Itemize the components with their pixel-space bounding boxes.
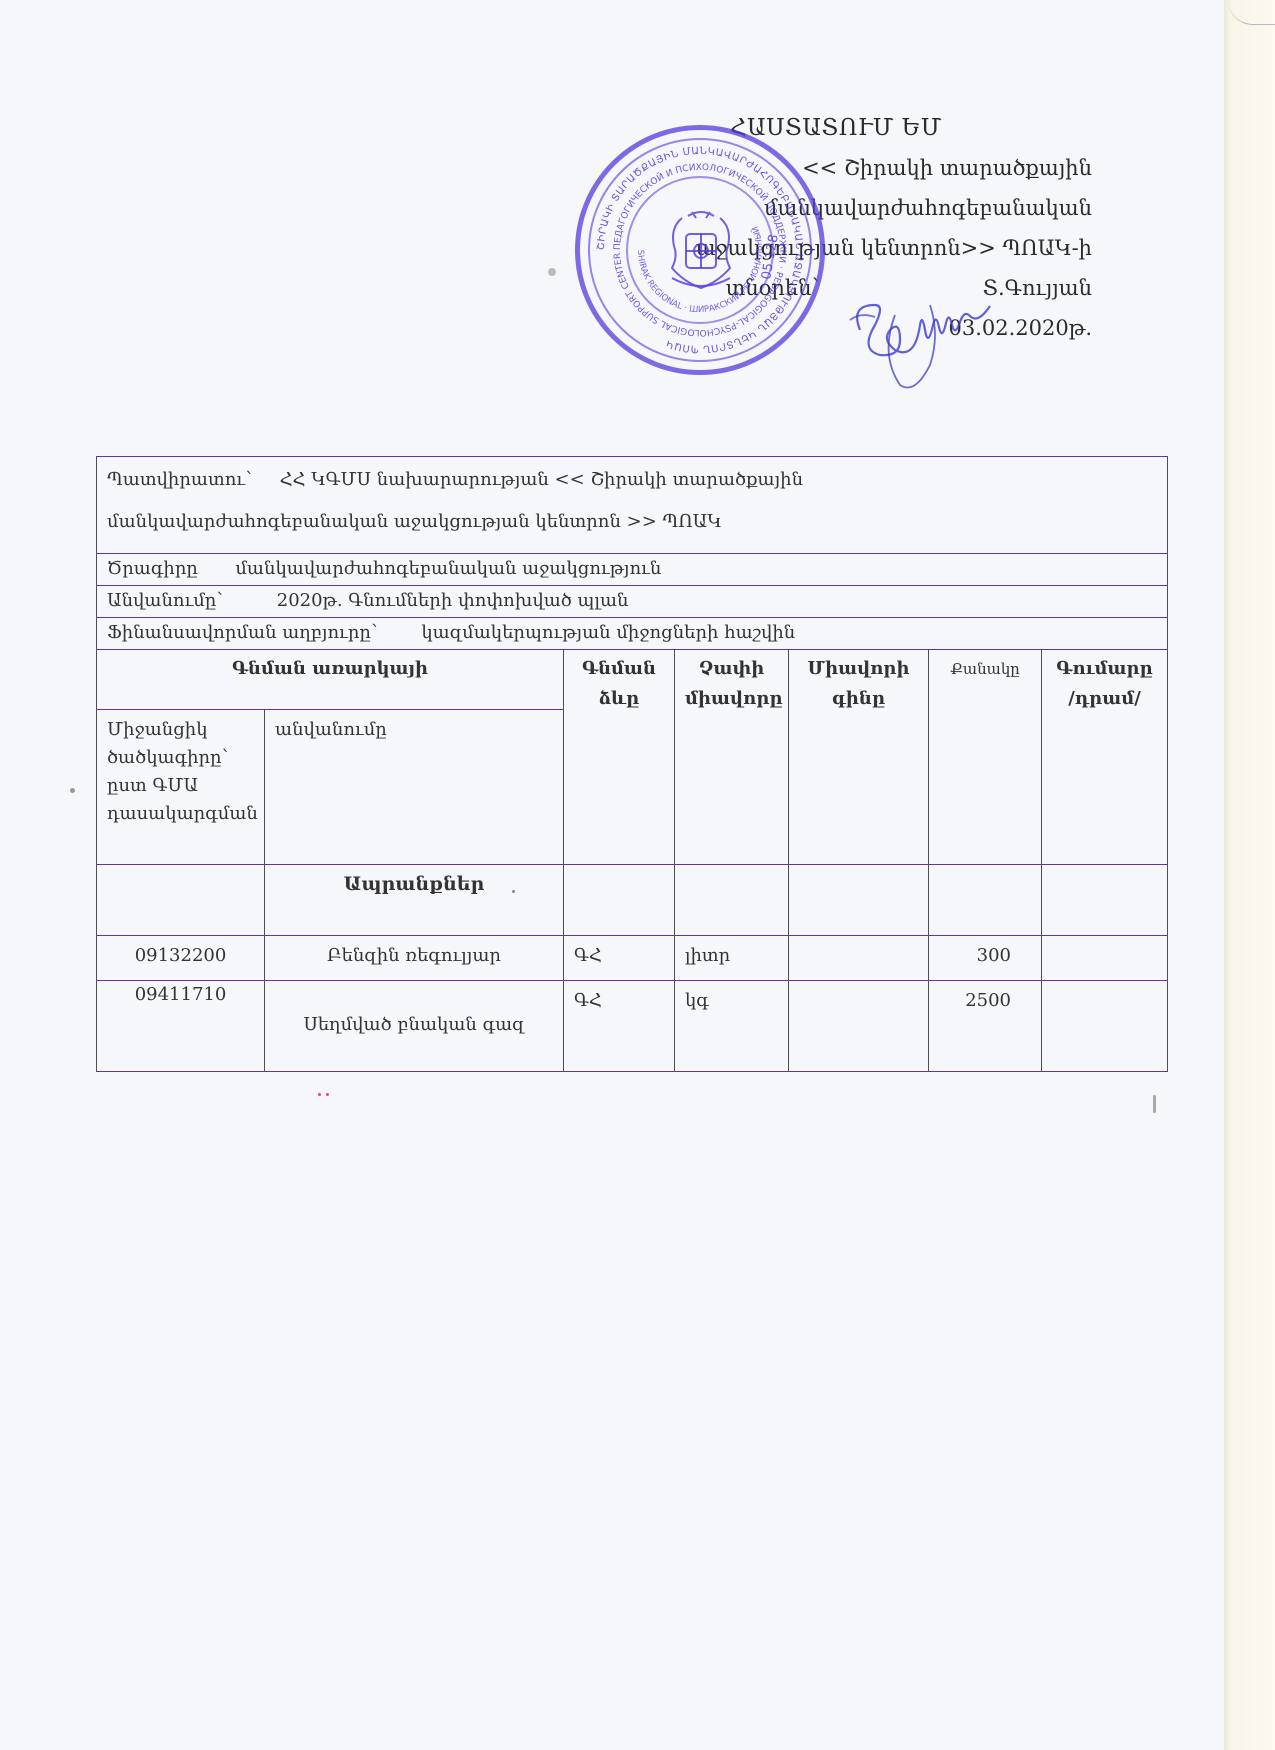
header-quantity: Քանակը [929, 650, 1042, 865]
scan-speck [1153, 1095, 1156, 1113]
subheader-name: անվանումը [265, 710, 564, 865]
cell-procurement-type: ԳՀ [564, 981, 675, 1072]
cell-unit-price [789, 936, 929, 981]
cell-quantity: 300 [929, 936, 1042, 981]
cell-unit: լիտր [675, 936, 789, 981]
plan-name-row: Անվանումը` 2020թ. Գնումների փոփոխված պլա… [97, 586, 1168, 618]
cell-cpv-code: 09411710 [97, 981, 265, 1072]
scan-speck [318, 1093, 321, 1096]
header-procurement-type: Գնման ձևը [564, 650, 675, 865]
customer-value-line1: ՀՀ ԿԳՄՍ նախարարության << Շիրակի տարածքայ… [280, 469, 803, 490]
header-amount: Գումարը /դրամ/ [1042, 650, 1168, 865]
customer-label: Պատվիրատու` [107, 469, 254, 490]
table-row: 09411710 Սեղմված բնական գազ ԳՀ կգ 2500 [97, 981, 1168, 1072]
plan-name-label: Անվանումը` [107, 590, 225, 611]
funding-label: Ֆինանսավորման աղբյուրը` [107, 622, 380, 643]
header-procurement-subject: Գնման առարկայի [97, 650, 564, 710]
header-unit: Չափի միավորը [675, 650, 789, 865]
customer-value-line2: մանկավարժահոգեբանական աջակցության կենտրո… [107, 511, 722, 532]
funding-row: Ֆինանսավորման աղբյուրը` կազմակերպության … [97, 618, 1168, 650]
table-row: 09132200 Բենզին ռեգուլյար ԳՀ լիտր 300 [97, 936, 1168, 981]
section-label-goods: Ապրանքներ [265, 865, 564, 936]
customer-row: Պատվիրատու` ՀՀ ԿԳՄՍ նախարարության << Շիր… [97, 457, 1168, 554]
approval-line-org-1: << Շիրակի տարածքային [802, 148, 1092, 188]
customer-cell: Պատվիրատու` ՀՀ ԿԳՄՍ նախարարության << Շիր… [97, 457, 1168, 554]
scan-speck [548, 268, 556, 276]
program-label: Ծրագիրը [107, 558, 198, 579]
header-unit-price: Միավորի գինը [789, 650, 929, 865]
program-row: Ծրագիրը մանկավարժահոգեբանական աջակցությո… [97, 554, 1168, 586]
cell-item-name: Բենզին ռեգուլյար [265, 936, 564, 981]
cell-unit: կգ [675, 981, 789, 1072]
cell-unit-price [789, 981, 929, 1072]
column-header-row: Գնման առարկայի Գնման ձևը Չափի միավորը Մի… [97, 650, 1168, 710]
coat-of-arms-icon [662, 208, 740, 294]
scan-speck [70, 788, 75, 793]
scan-speck [512, 890, 515, 893]
plan-name-value: 2020թ. Գնումների փոփոխված պլան [277, 590, 629, 611]
cell-cpv-code: 09132200 [97, 936, 265, 981]
cell-item-name: Սեղմված բնական գազ [265, 981, 564, 1072]
subheader-cpv-code: Միջանցիկ ծածկագիրը` ըստ ԳՄԱ դասակարգման [97, 710, 265, 865]
scanner-bed-edge [1224, 0, 1275, 1750]
cell-procurement-type: ԳՀ [564, 936, 675, 981]
section-row-goods: Ապրանքներ [97, 865, 1168, 936]
cell-quantity: 2500 [929, 981, 1042, 1072]
director-signature [840, 270, 1010, 390]
cell-amount [1042, 981, 1168, 1072]
official-stamp: ՇԻՐԱԿԻ ՏԱՐԱԾՔԱՅԻՆ ՄԱՆԿԱՎԱՐԺԱՀՈԳԵԲԱՆԱԿԱՆ … [575, 125, 825, 375]
funding-value: կազմակերպության միջոցների հաշվին [421, 622, 795, 643]
program-value: մանկավարժահոգեբանական աջակցություն [235, 558, 661, 579]
scan-speck [326, 1093, 329, 1096]
procurement-plan-table: Պատվիրատու` ՀՀ ԿԳՄՍ նախարարության << Շիր… [96, 456, 1168, 1072]
cell-amount [1042, 936, 1168, 981]
